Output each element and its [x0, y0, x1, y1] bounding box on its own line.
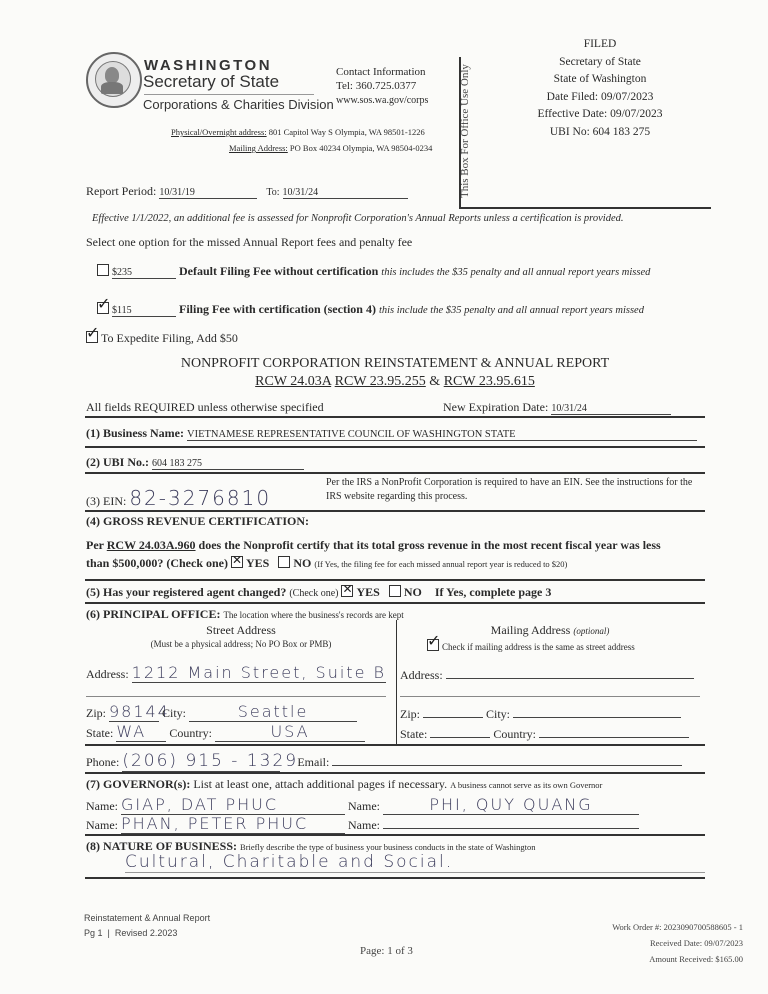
street-state-label: State:: [86, 726, 113, 740]
agent-change-no-checkbox[interactable]: [389, 585, 401, 597]
ubi-row: (2) UBI No.: 604 183 275: [86, 455, 304, 470]
divider: [85, 834, 705, 836]
mailing-address-label: Mailing Address:: [229, 143, 288, 153]
divider: [85, 744, 705, 746]
footer-page-number: Page: 1 of 3: [360, 945, 413, 957]
sos-seal-icon: [86, 52, 142, 108]
mailing-address-title: Mailing Address: [491, 623, 571, 637]
gross-revenue-yes-label: YES: [246, 556, 269, 570]
report-period-to[interactable]: 10/31/24: [283, 187, 408, 199]
principal-office-heading: (6) PRINCIPAL OFFICE:: [86, 607, 220, 621]
physical-address-line: Physical/Overnight address: 801 Capitol …: [171, 127, 425, 137]
phone-email-row: Phone: (206) 915 - 1329 Email:: [86, 751, 682, 772]
business-name-row: (1) Business Name: VIETNAMESE REPRESENTA…: [86, 426, 697, 441]
fee-default-checkbox[interactable]: [97, 264, 109, 276]
expiration-date: New Expiration Date: 10/31/24: [443, 400, 671, 415]
governor-row-2: Name: PHAN, PETER PHUC Name:: [86, 814, 639, 834]
business-name-value[interactable]: VIETNAMESE REPRESENTATIVE COUNCIL OF WAS…: [187, 429, 697, 441]
street-address-title: Street Address: [86, 623, 396, 638]
mailing-address-line: Mailing Address: PO Box 40234 Olympia, W…: [229, 143, 432, 153]
street-address-subtitle: (Must be a physical address; No PO Box o…: [86, 639, 396, 649]
divider: [85, 579, 705, 581]
fee-option-default[interactable]: $235 Default Filing Fee without certific…: [97, 264, 650, 279]
mailing-zip-label: Zip:: [400, 707, 420, 721]
q-prefix: Per: [86, 538, 104, 552]
expedite-label: To Expedite Filing, Add $50: [101, 331, 238, 345]
same-as-street-label: Check if mailing address is the same as …: [442, 642, 635, 652]
contact-web[interactable]: www.sos.wa.gov/corps: [336, 95, 428, 106]
ubi-label: (2) UBI No.:: [86, 455, 149, 469]
phone-value[interactable]: (206) 915 - 1329: [122, 751, 280, 772]
fee-certified-amount: $115: [112, 305, 176, 317]
rcw-24-03a-link[interactable]: RCW 24.03A: [255, 374, 331, 389]
street-country-value[interactable]: USA: [215, 722, 365, 742]
fee-default-title: Default Filing Fee without certification: [179, 264, 378, 278]
mailing-zip-city-row: Zip: City:: [400, 704, 681, 722]
gross-revenue-question: Per RCW 24.03A.960 does the Nonprofit ce…: [86, 538, 661, 553]
agent-change-label: (5) Has your registered agent changed?: [86, 585, 286, 599]
footer-received-date: Received Date: 09/07/2023: [480, 938, 743, 948]
email-label: Email:: [297, 755, 329, 769]
gross-revenue-yes-checkbox[interactable]: [231, 556, 243, 568]
divider: [85, 446, 705, 448]
ubi-value[interactable]: 604 183 275: [152, 458, 304, 470]
divider: [85, 416, 705, 418]
agent-change-row: (5) Has your registered agent changed? (…: [86, 585, 551, 600]
ein-row: (3) EIN: 82-3276810: [86, 486, 329, 511]
filed-secretary: Secretary of State: [500, 54, 700, 72]
principal-office-heading-row: (6) PRINCIPAL OFFICE: The location where…: [86, 607, 404, 622]
filed-date: Date Filed: 09/07/2023: [500, 89, 700, 107]
footer-amount-received: Amount Received: $165.00: [480, 954, 743, 964]
expiration-label: New Expiration Date:: [443, 400, 548, 414]
expedite-checkbox[interactable]: [86, 331, 98, 343]
street-zip-city-row: Zip: 98144 City: Seattle: [86, 702, 357, 722]
street-address-label: Address:: [86, 667, 129, 681]
mailing-address-label: Address:: [400, 668, 443, 682]
rcw-24-03a-960-link[interactable]: RCW 24.03A.960: [107, 538, 196, 552]
contact-title: Contact Information: [336, 66, 426, 78]
nature-value[interactable]: Cultural, Charitable and Social.: [125, 852, 705, 873]
governors-heading-row: (7) GOVERNOR(s): List at least one, atta…: [86, 777, 602, 792]
fee-certified-desc: this include the $35 penalty and all ann…: [379, 305, 644, 316]
footer-form-name: Reinstatement & Annual Report: [84, 913, 210, 923]
mailing-optional: (optional): [573, 626, 609, 636]
form-title: NONPROFIT CORPORATION REINSTATEMENT & AN…: [85, 356, 705, 372]
divider: [85, 472, 705, 474]
gross-revenue-no-label: NO: [293, 556, 311, 570]
gross-revenue-note: (If Yes, the filing fee for each missed …: [314, 559, 567, 569]
report-period-label: Report Period:: [86, 184, 156, 198]
physical-address-label: Physical/Overnight address:: [171, 127, 267, 137]
email-value[interactable]: [332, 752, 682, 766]
ein-value[interactable]: 82-3276810: [129, 486, 329, 511]
filed-ubi: UBI No: 604 183 275: [500, 124, 700, 142]
divider: [85, 877, 705, 879]
footer-page-revision: Pg 1 | Revised 2.2023: [84, 928, 177, 938]
governor-3-name[interactable]: PHAN, PETER PHUC: [121, 814, 345, 834]
governor-2-label: Name:: [348, 799, 380, 813]
street-address-line2[interactable]: [86, 696, 386, 697]
mailing-address-title-row: Mailing Address (optional): [400, 623, 700, 638]
filed-effective-date: Effective Date: 09/07/2023: [500, 106, 700, 124]
filed-state: State of Washington: [500, 71, 700, 89]
report-period: Report Period: 10/31/19 To: 10/31/24: [86, 184, 408, 199]
ein-label: (3) EIN:: [86, 494, 126, 508]
fee-default-amount: $235: [112, 267, 176, 279]
logo-divider: [144, 94, 314, 95]
expedite-option[interactable]: To Expedite Filing, Add $50: [86, 331, 238, 346]
principal-office-subheading: The location where the business's record…: [223, 610, 403, 620]
phone-label: Phone:: [86, 755, 119, 769]
rcw-23-95-255-link[interactable]: RCW 23.95.255: [335, 374, 426, 389]
street-state-value[interactable]: WA: [116, 722, 166, 742]
governor-4-name[interactable]: [383, 815, 639, 829]
street-state-country-row: State: WA Country: USA: [86, 722, 365, 742]
street-zip-label: Zip:: [86, 706, 106, 720]
agent-change-yes-label: YES: [356, 585, 379, 599]
physical-address-value: 801 Capitol Way S Olympia, WA 98501-1226: [269, 127, 425, 137]
governor-3-label: Name:: [86, 818, 118, 832]
q-text2: than $500,000? (Check one): [86, 556, 228, 570]
mailing-city-value[interactable]: [513, 704, 681, 718]
governors-heading: (7) GOVERNOR(s):: [86, 777, 190, 791]
mailing-address-line2[interactable]: [400, 696, 700, 697]
office-use-label: This Box For Office Use Only: [459, 68, 471, 198]
gross-revenue-no-checkbox[interactable]: [278, 556, 290, 568]
divider: [85, 602, 705, 604]
governor-row-1: Name: GIAP, DAT PHUC Name: PHI, QUY QUAN…: [86, 795, 639, 815]
agent-change-yes-checkbox[interactable]: [341, 585, 353, 597]
mailing-address-row: Address:: [400, 665, 694, 683]
street-zip-value[interactable]: 98144: [109, 702, 159, 722]
governor-4-label: Name:: [348, 818, 380, 832]
street-city-label: City:: [162, 706, 186, 720]
report-period-from[interactable]: 10/31/19: [159, 187, 257, 199]
fee-default-desc: this includes the $35 penalty and all an…: [381, 267, 650, 278]
street-address-value[interactable]: 1212 Main Street, Suite B: [132, 663, 386, 683]
fee-select-label: Select one option for the missed Annual …: [86, 235, 412, 250]
contact-tel: Tel: 360.725.0377: [336, 80, 416, 92]
street-city-value[interactable]: Seattle: [189, 702, 357, 722]
same-as-street-checkbox[interactable]: [427, 639, 439, 651]
agent-change-no-label: NO: [404, 585, 422, 599]
expiration-value[interactable]: 10/31/24: [551, 403, 671, 415]
divider: [85, 772, 705, 774]
governor-1-label: Name:: [86, 799, 118, 813]
gross-revenue-heading: (4) GROSS REVENUE CERTIFICATION:: [86, 514, 309, 529]
mailing-country-label: Country:: [493, 727, 536, 741]
principal-office-divider: [396, 620, 397, 744]
mailing-state-label: State:: [400, 727, 427, 741]
logo-division: Corporations & Charities Division: [143, 97, 334, 112]
mailing-zip-value[interactable]: [423, 704, 483, 718]
agent-change-note: If Yes, complete page 3: [435, 585, 552, 599]
fee-certified-checkbox[interactable]: [97, 302, 109, 314]
street-address-row: Address: 1212 Main Street, Suite B: [86, 663, 386, 683]
mailing-city-label: City:: [486, 707, 510, 721]
governor-2-name[interactable]: PHI, QUY QUANG: [383, 795, 639, 815]
governors-note: A business cannot serve as its own Gover…: [450, 780, 602, 790]
mailing-state-country-row: State: Country:: [400, 724, 689, 742]
form-subtitle: RCW 24.03A RCW 23.95.255 & RCW 23.95.615: [85, 374, 705, 390]
street-country-label: Country:: [169, 726, 212, 740]
nature-instructions: Briefly describe the type of business yo…: [240, 842, 535, 852]
fee-option-certified[interactable]: $115 Filing Fee with certification (sect…: [97, 302, 644, 317]
fee-certified-title: Filing Fee with certification (section 4…: [179, 302, 376, 316]
filed-stamp: FILED Secretary of State State of Washin…: [500, 36, 700, 141]
divider: [85, 510, 705, 512]
same-as-street-option[interactable]: Check if mailing address is the same as …: [427, 639, 635, 652]
business-name-label: (1) Business Name:: [86, 426, 184, 440]
rcw-23-95-615-link[interactable]: RCW 23.95.615: [444, 374, 535, 389]
nature-heading: (8) NATURE OF BUSINESS:: [86, 839, 237, 853]
gross-revenue-answer: than $500,000? (Check one) YES NO (If Ye…: [86, 556, 567, 571]
filed-label: FILED: [500, 36, 700, 54]
governor-1-name[interactable]: GIAP, DAT PHUC: [121, 795, 345, 815]
report-period-to-label: To:: [266, 187, 279, 198]
fee-notice: Effective 1/1/2022, an additional fee is…: [92, 213, 624, 224]
mailing-address-value: PO Box 40234 Olympia, WA 98504-0234: [290, 143, 432, 153]
ein-note: Per the IRS a NonProfit Corporation is r…: [326, 476, 696, 504]
logo-secretary-of-state: Secretary of State: [143, 72, 279, 92]
footer-work-order: Work Order #: 2023090700588605 - 1: [480, 922, 743, 932]
mailing-state-value[interactable]: [430, 724, 490, 738]
ampersand: &: [429, 374, 440, 389]
required-note: All fields REQUIRED unless otherwise spe…: [86, 400, 324, 415]
agent-change-check-one: (Check one): [289, 588, 338, 599]
mailing-country-value[interactable]: [539, 724, 689, 738]
mailing-address-value[interactable]: [446, 665, 694, 679]
governors-instructions: List at least one, attach additional pag…: [193, 777, 447, 791]
q-text: does the Nonprofit certify that its tota…: [199, 538, 661, 552]
